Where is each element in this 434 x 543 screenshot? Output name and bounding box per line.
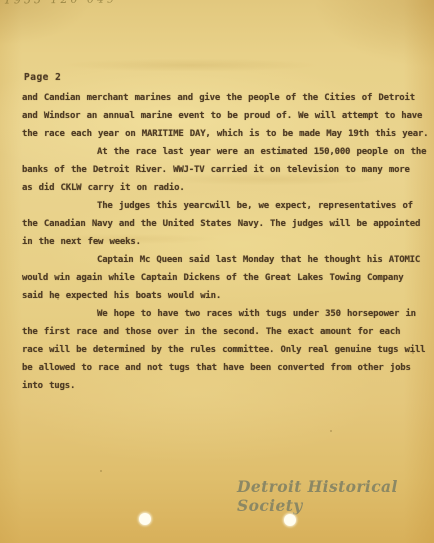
- text-line: and Windsor an annual marine event to be…: [22, 107, 424, 125]
- text-line: as did CKLW carry it on radio.: [22, 179, 424, 197]
- paper-speck: [100, 470, 102, 472]
- punch-hole-left: [139, 513, 151, 525]
- text-line: banks of the Detroit River. WWJ-TV carri…: [22, 161, 424, 179]
- text-line: into tugs.: [22, 377, 424, 395]
- text-line: said he expected his boats would win.: [22, 287, 424, 305]
- text-line: the race each year on MARITIME DAY, whic…: [22, 125, 424, 143]
- text-line: in the next few weeks.: [22, 233, 424, 251]
- paper-speck: [412, 352, 414, 354]
- punch-hole-right: [284, 514, 296, 526]
- handwritten-accession-number: 1955 120 049: [4, 0, 117, 6]
- scanned-document-page: 1955 120 049 Page 2 and Candian merchant…: [0, 0, 434, 543]
- watermark-text: Detroit Historical Society: [237, 477, 434, 515]
- text-line: the first race and those over in the sec…: [22, 323, 424, 341]
- text-line: The judges this yearcwill be, we expect,…: [22, 197, 424, 215]
- paper-speck: [330, 430, 332, 432]
- text-line: race will be determined by the rules com…: [22, 341, 424, 359]
- paper-speck: [57, 298, 59, 300]
- text-line: We hope to have two races with tugs unde…: [22, 305, 424, 323]
- text-line: be allowed to race and not tugs that hav…: [22, 359, 424, 377]
- paper-speck: [388, 203, 390, 205]
- text-line: and Candian merchant marines and give th…: [22, 89, 424, 107]
- text-line: the Canadian Navy and the United States …: [22, 215, 424, 233]
- page-number-label: Page 2: [24, 72, 61, 83]
- typewritten-body: and Candian merchant marines and give th…: [22, 89, 424, 395]
- text-line: At the race last year were an estimated …: [22, 143, 424, 161]
- text-line: Captain Mc Queen said last Monday that h…: [22, 251, 424, 269]
- text-line: would win again while Captain Dickens of…: [22, 269, 424, 287]
